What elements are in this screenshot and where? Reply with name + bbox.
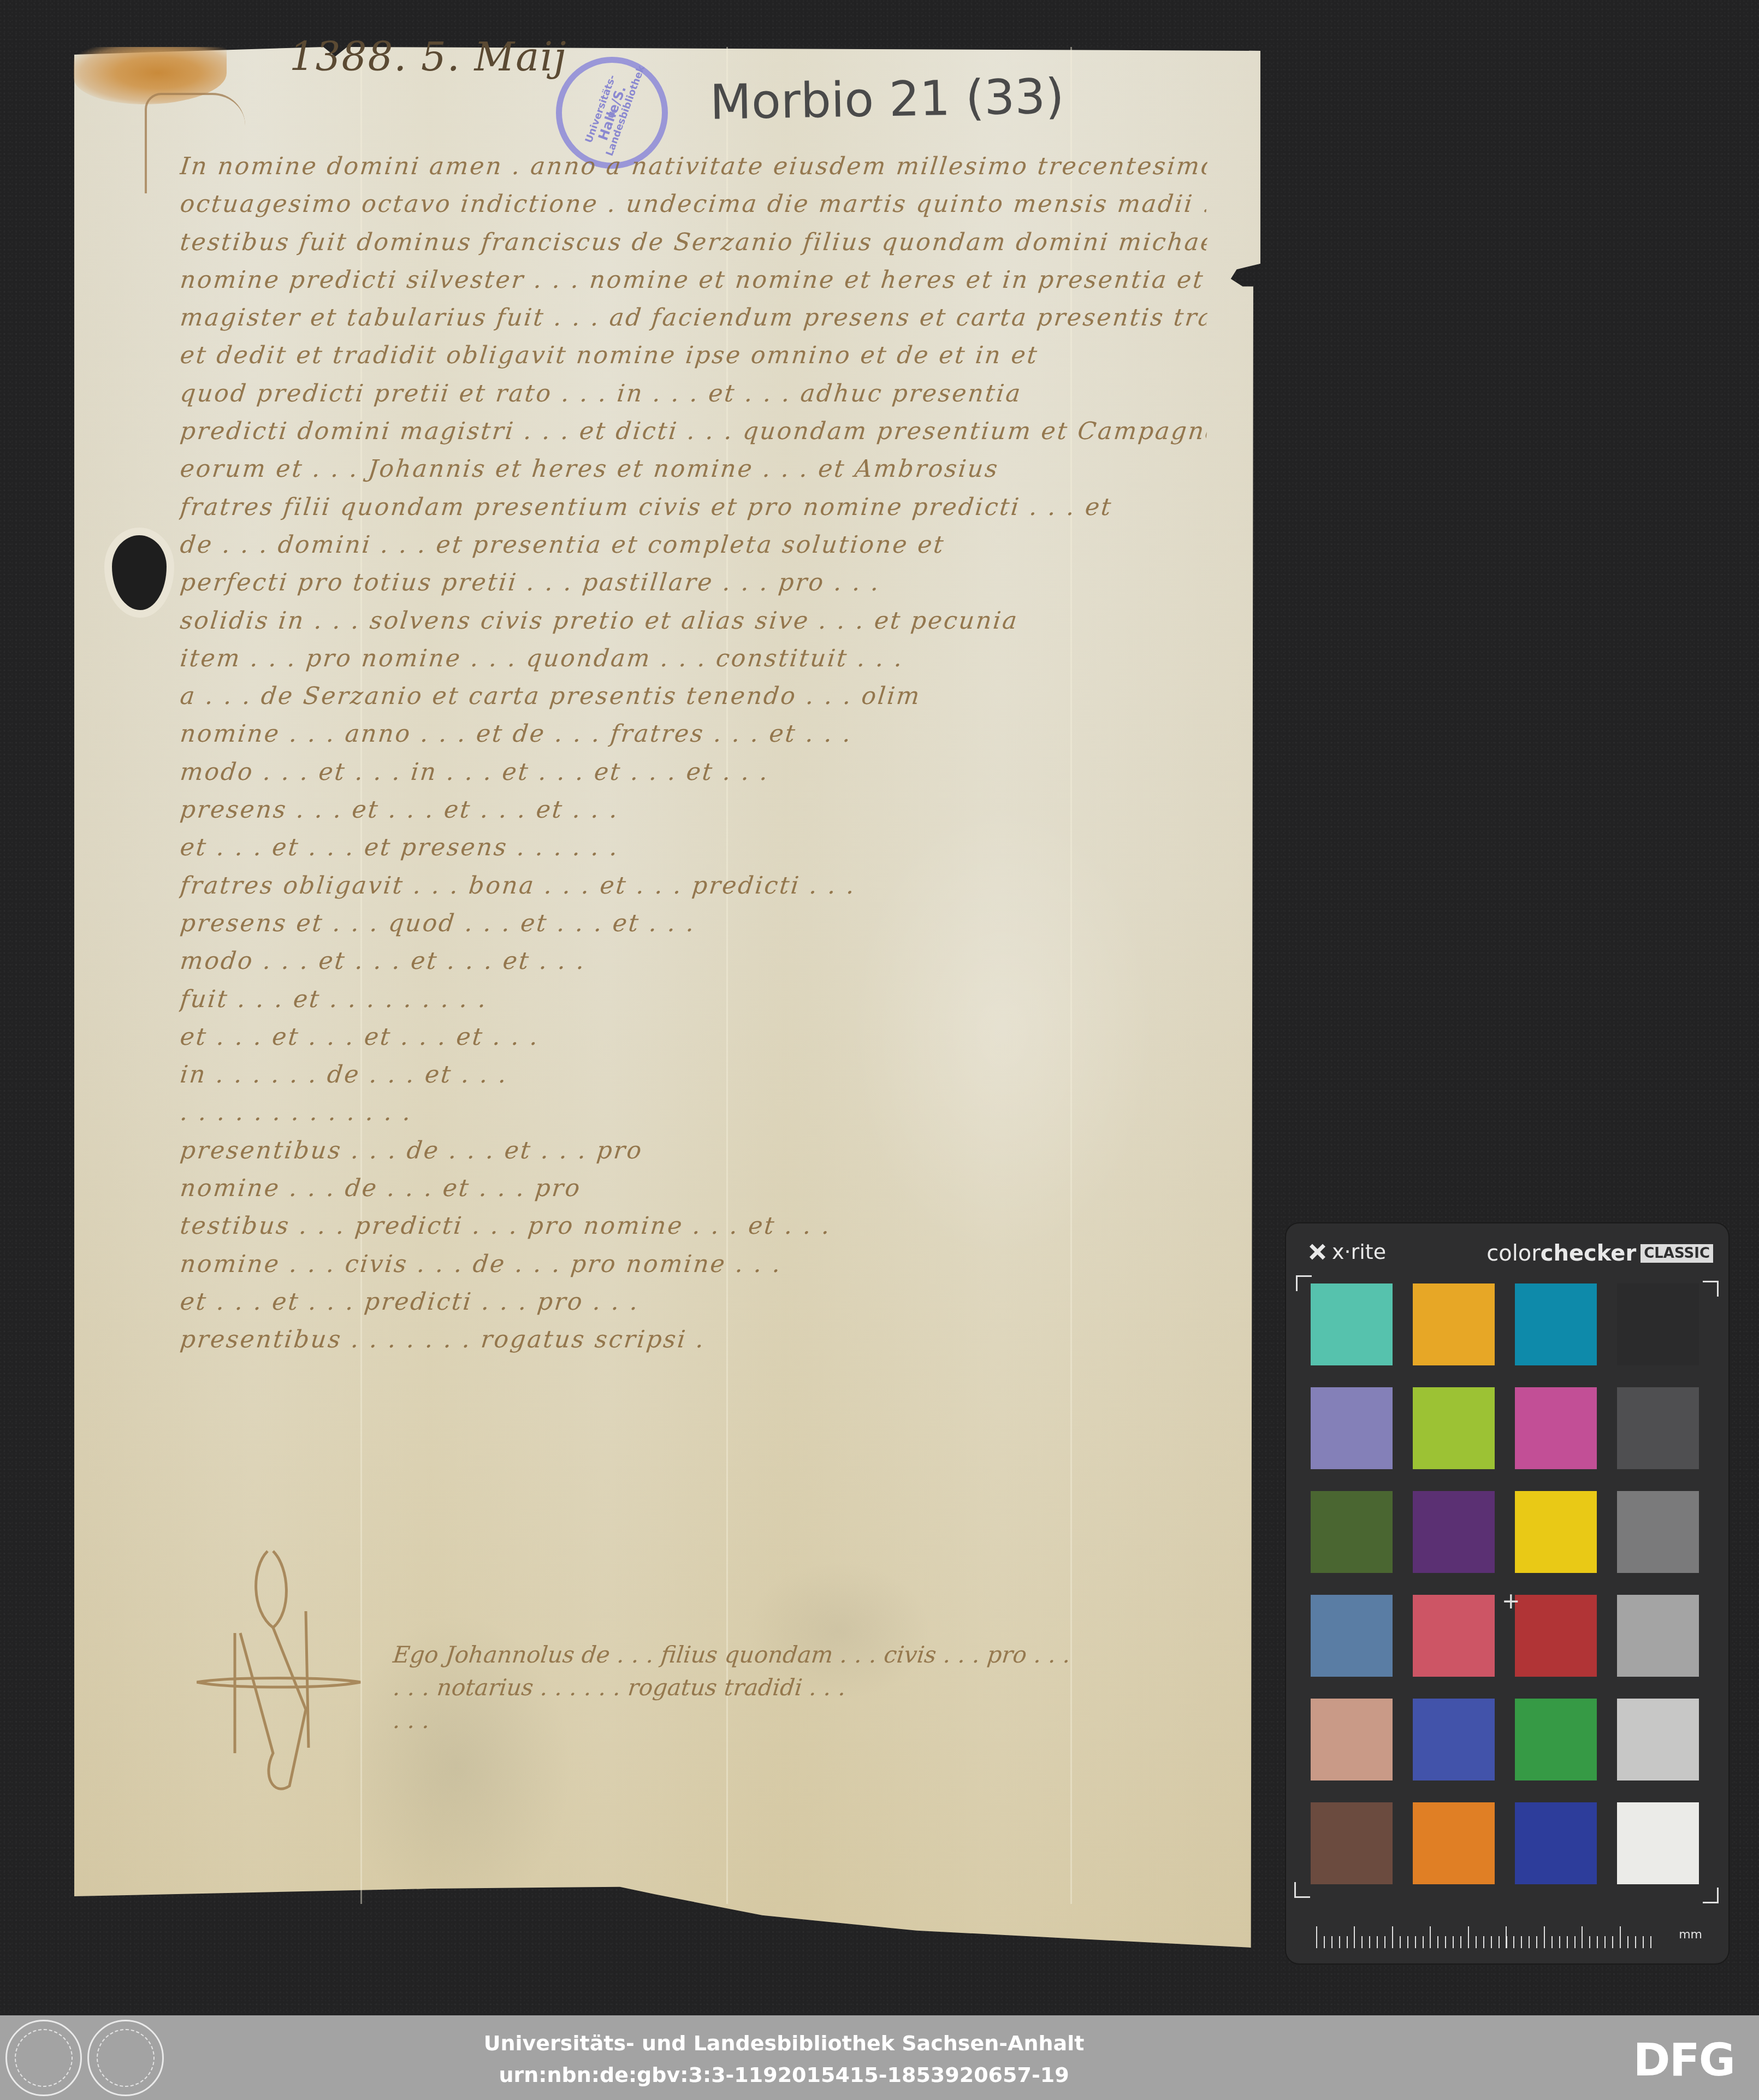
- color-patch-neutral-6.5: [1617, 1595, 1699, 1677]
- corner-mark: [1296, 1275, 1312, 1291]
- xrite-logo: x·rite: [1308, 1240, 1386, 1264]
- script-line: presens . . . et . . . et . . . et . . .: [178, 791, 1209, 829]
- script-line: magister et tabularius fuit . . . ad fac…: [178, 299, 1209, 336]
- date-annotation: 1388. 5. Maij: [289, 34, 567, 80]
- dfg-logo: DFG: [1633, 2034, 1734, 2086]
- color-patch-grid: [1311, 1283, 1704, 1884]
- script-line: fratres obligavit . . . bona . . . et . …: [178, 867, 1209, 904]
- script-line: a . . . de Serzanio et carta presentis t…: [178, 677, 1209, 715]
- script-line: In nomine domini amen . anno a nativitat…: [178, 147, 1209, 185]
- script-line: predicti domini magistri . . . et dicti …: [178, 412, 1209, 450]
- color-patch-purple: [1413, 1491, 1495, 1573]
- color-patch-orange-yellow: [1413, 1283, 1495, 1365]
- script-line: et . . . et . . . predicti . . . pro . .…: [178, 1283, 1209, 1321]
- script-line: et . . . et . . . et presens . . . . . .: [178, 829, 1209, 866]
- notary-subscription: Ego Johannolus de . . . filius quondam .…: [393, 1638, 1212, 1737]
- corner-mark: [1294, 1882, 1310, 1898]
- product-name: colorchecker CLASSIC: [1486, 1241, 1713, 1266]
- footer-bar: Universitäts- und Landesbibliothek Sachs…: [0, 2015, 1759, 2100]
- product-light: color: [1486, 1241, 1541, 1266]
- corner-mark: [1703, 1281, 1719, 1297]
- script-line: in . . . . . . de . . . et . . .: [178, 1056, 1209, 1093]
- brand-label: x·rite: [1332, 1240, 1386, 1264]
- script-line: et . . . et . . . et . . . et . . .: [178, 1018, 1209, 1056]
- color-patch-dark-skin: [1311, 1802, 1393, 1884]
- center-cross-icon: +: [1502, 1590, 1520, 1612]
- color-patch-neutral-8: [1617, 1699, 1699, 1780]
- script-line: item . . . pro nomine . . . quondam . . …: [178, 640, 1209, 677]
- charter-text: In nomine domini amen . anno a nativitat…: [180, 147, 1207, 1359]
- script-line: presens et . . . quod . . . et . . . et …: [178, 904, 1209, 942]
- ruler-unit: mm: [1679, 1928, 1702, 1942]
- mm-ruler-major: [1316, 1926, 1655, 1948]
- color-patch-moderate-red: [1413, 1595, 1495, 1677]
- script-line: nomine . . . de . . . et . . . pro: [178, 1169, 1209, 1207]
- color-patch-orange: [1413, 1802, 1495, 1884]
- color-patch-black: [1617, 1283, 1699, 1365]
- script-line: solidis in . . . solvens civis pretio et…: [178, 602, 1209, 640]
- color-patch-yellow: [1515, 1491, 1597, 1573]
- script-line: eorum et . . . Johannis et heres et nomi…: [178, 450, 1209, 488]
- color-patch-white: [1617, 1802, 1699, 1884]
- script-line: presentibus . . . . . . . rogatus scrips…: [178, 1321, 1209, 1358]
- color-patch-foliage: [1311, 1491, 1393, 1573]
- color-patch-blue: [1515, 1802, 1597, 1884]
- script-line: nomine . . . anno . . . et de . . . frat…: [178, 715, 1209, 753]
- color-patch-purplish-blue: [1413, 1699, 1495, 1780]
- script-line: fratres filii quondam presentium civis e…: [178, 488, 1209, 526]
- script-line: nomine . . . civis . . . de . . . pro no…: [178, 1245, 1209, 1283]
- color-patch-cyan: [1515, 1283, 1597, 1365]
- script-line: octuagesimo octavo indictione . undecima…: [178, 185, 1209, 223]
- subscription-line: Ego Johannolus de . . . filius quondam .…: [392, 1638, 1214, 1671]
- script-line: quod predicti pretii et rato . . . in . …: [178, 375, 1209, 412]
- product-bold: checker: [1541, 1241, 1636, 1266]
- color-patch-blue-sky: [1311, 1595, 1393, 1677]
- script-line: modo . . . et . . . et . . . et . . .: [178, 942, 1209, 980]
- script-line: fuit . . . et . . . . . . . . .: [178, 980, 1209, 1018]
- xrite-x-icon: [1308, 1243, 1326, 1261]
- script-line: perfecti pro totius pretii . . . pastill…: [178, 564, 1209, 601]
- subscription-line: . . . notarius . . . . . . rogatus tradi…: [392, 1671, 1214, 1704]
- script-line: de . . . domini . . . et presentia et co…: [178, 526, 1209, 564]
- color-patch-neutral-5: [1617, 1491, 1699, 1573]
- color-patch-neutral-3.5: [1617, 1387, 1699, 1469]
- color-patch-yellow-green: [1413, 1387, 1495, 1469]
- color-patch-blue-flower: [1311, 1387, 1393, 1469]
- script-line: et dedit et tradidit obligavit nomine ip…: [178, 336, 1209, 374]
- color-patch-bluish-green: [1311, 1283, 1393, 1365]
- script-line: . . . . . . . . . . . . .: [178, 1093, 1209, 1131]
- notarial-sign-icon: [197, 1546, 366, 1797]
- color-patch-magenta: [1515, 1387, 1597, 1469]
- color-patch-light-skin: [1311, 1699, 1393, 1780]
- script-line: nomine predicti silvester . . . nomine e…: [178, 261, 1209, 299]
- color-patch-red: [1515, 1595, 1597, 1677]
- color-checker-card: x·rite colorchecker CLASSIC + mm: [1286, 1223, 1728, 1963]
- institution-name: Universitäts- und Landesbibliothek Sachs…: [0, 2027, 1759, 2059]
- color-patch-green: [1515, 1699, 1597, 1780]
- shelfmark-annotation: Morbio 21 (33): [709, 68, 1064, 130]
- script-line: testibus fuit dominus franciscus de Serz…: [178, 223, 1209, 261]
- script-line: presentibus . . . de . . . et . . . pro: [178, 1132, 1209, 1169]
- script-line: testibus . . . predicti . . . pro nomine…: [178, 1207, 1209, 1245]
- urn-identifier: urn:nbn:de:gbv:3:3-1192015415-1853920657…: [0, 2059, 1759, 2091]
- subscription-line: . . .: [392, 1704, 1214, 1737]
- script-line: modo . . . et . . . in . . . et . . . et…: [178, 753, 1209, 791]
- classic-badge: CLASSIC: [1640, 1244, 1713, 1263]
- corner-mark: [1703, 1888, 1719, 1903]
